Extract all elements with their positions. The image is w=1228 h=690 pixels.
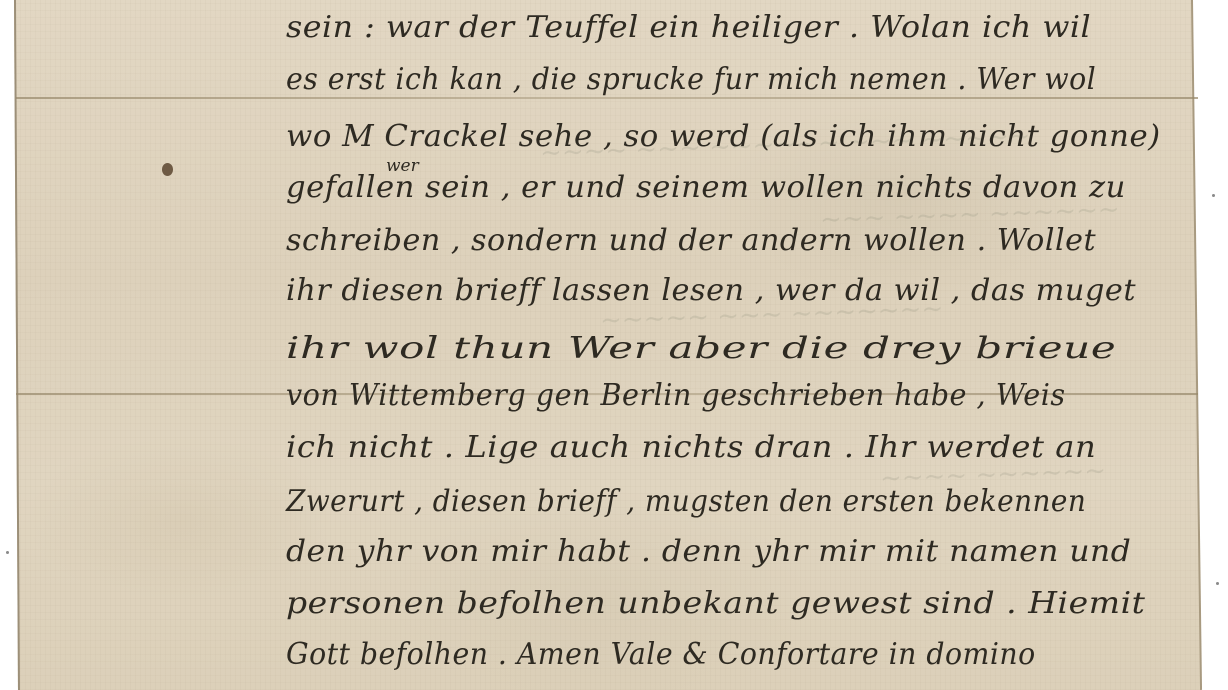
- text-line: den yhr von mir habt . denn yhr mir mit …: [286, 534, 1131, 569]
- text-line: Zwerurt , diesen brieff , mugsten den er…: [286, 484, 1086, 519]
- handwritten-text-block: sein : war der Teuffel ein heiliger . Wo…: [0, 0, 1228, 690]
- text-line: wo M Crackel sehe , so werd (als ich ihm…: [286, 119, 1161, 154]
- text-line: sein : war der Teuffel ein heiliger . Wo…: [286, 10, 1091, 45]
- text-line: es erst ich kan , die sprucke fur mich n…: [286, 62, 1096, 97]
- text-line: ihr wol thun Wer aber die drey brieue: [286, 331, 1116, 366]
- interlinear-insertion: wer: [386, 156, 419, 176]
- text-line: ich nicht . Lige auch nichts dran . Ihr …: [286, 430, 1096, 465]
- text-line: von Wittemberg gen Berlin geschrieben ha…: [286, 378, 1066, 413]
- text-line: ihr diesen brieff lassen lesen , wer da …: [286, 273, 1136, 308]
- text-line: Gott befolhen . Amen Vale & Confortare i…: [286, 637, 1036, 672]
- text-line: personen befolhen unbekant gewest sind .…: [286, 586, 1145, 621]
- text-line: schreiben , sondern und der andern wolle…: [286, 223, 1096, 258]
